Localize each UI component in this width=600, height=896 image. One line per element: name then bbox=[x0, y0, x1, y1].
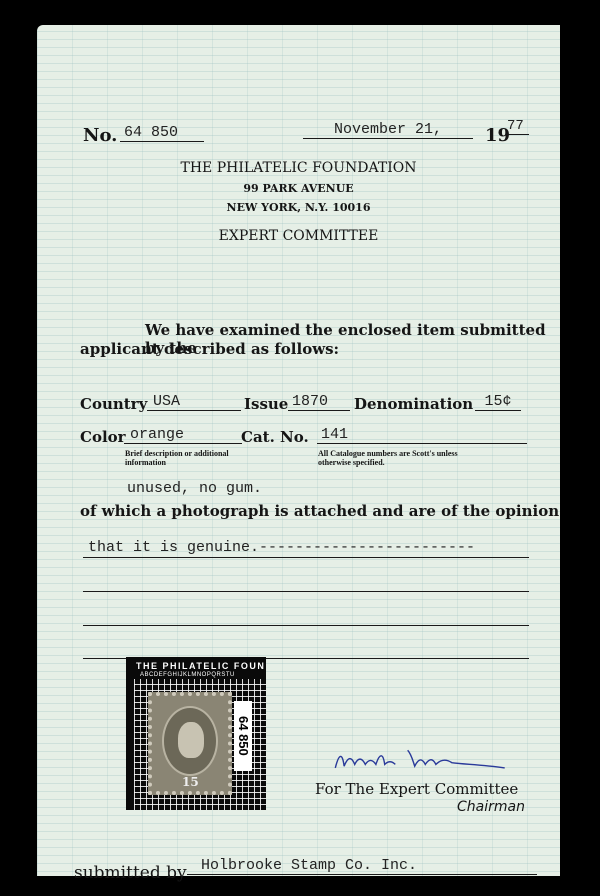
photo-cert-number: 64 850 bbox=[234, 701, 252, 771]
color-value: orange bbox=[124, 426, 242, 444]
photo-letter-row: ABCDEFGHIJKLMNOPQRSTU bbox=[140, 672, 235, 678]
denomination-value: 15¢ bbox=[475, 393, 521, 411]
stamp-image: 15 bbox=[148, 692, 232, 795]
submitted-label: submitted by bbox=[74, 863, 187, 883]
address-line-1: 99 PARK AVENUE bbox=[37, 182, 560, 195]
stamp-denomination: 15 bbox=[182, 775, 199, 789]
signature-title: Chairman bbox=[457, 799, 525, 815]
color-note: Brief description or additional informat… bbox=[125, 449, 255, 467]
submitted-by-value: Holbrooke Stamp Co. Inc. bbox=[187, 857, 537, 875]
opinion-text: that it is genuine.---------------------… bbox=[88, 539, 475, 556]
catno-label: Cat. No. bbox=[241, 428, 309, 446]
color-label: Color bbox=[80, 428, 126, 446]
catno-note: All Catalogue numbers are Scott's unless… bbox=[318, 449, 458, 467]
opinion-line-3 bbox=[83, 625, 529, 626]
intro-line-2: applicant described as follows: bbox=[80, 340, 339, 358]
year-suffix: 77 bbox=[507, 118, 529, 135]
country-value: USA bbox=[147, 393, 241, 411]
country-label: Country bbox=[80, 395, 147, 413]
portrait-icon bbox=[178, 722, 204, 758]
photo-header: THE PHILATELIC FOUNDATI bbox=[136, 661, 264, 671]
certificate-date: November 21, bbox=[303, 121, 473, 139]
opinion-line-1 bbox=[83, 557, 529, 558]
committee-title: EXPERT COMMITTEE bbox=[37, 228, 560, 244]
stamp-photograph: THE PHILATELIC FOUNDATI ABCDEFGHIJKLMNOP… bbox=[126, 657, 266, 810]
denomination-label: Denomination bbox=[354, 395, 473, 413]
certificate-number: 64 850 bbox=[120, 124, 204, 142]
certificate-paper: No. 64 850 November 21, 19 77 THE PHILAT… bbox=[37, 25, 560, 876]
signature-caption: For The Expert Committee bbox=[315, 780, 518, 798]
opinion-intro: of which a photograph is attached and ar… bbox=[80, 502, 559, 520]
opinion-line-2 bbox=[83, 591, 529, 592]
issue-label: Issue bbox=[244, 395, 288, 413]
chairman-signature bbox=[320, 745, 520, 775]
description: unused, no gum. bbox=[127, 480, 262, 497]
address-line-2: NEW YORK, N.Y. 10016 bbox=[37, 201, 560, 214]
stamp-portrait-oval bbox=[162, 706, 218, 776]
catno-value: 141 bbox=[317, 426, 527, 444]
org-name: THE PHILATELIC FOUNDATION bbox=[37, 160, 560, 176]
issue-value: 1870 bbox=[288, 393, 350, 411]
number-label: No. bbox=[83, 125, 117, 146]
